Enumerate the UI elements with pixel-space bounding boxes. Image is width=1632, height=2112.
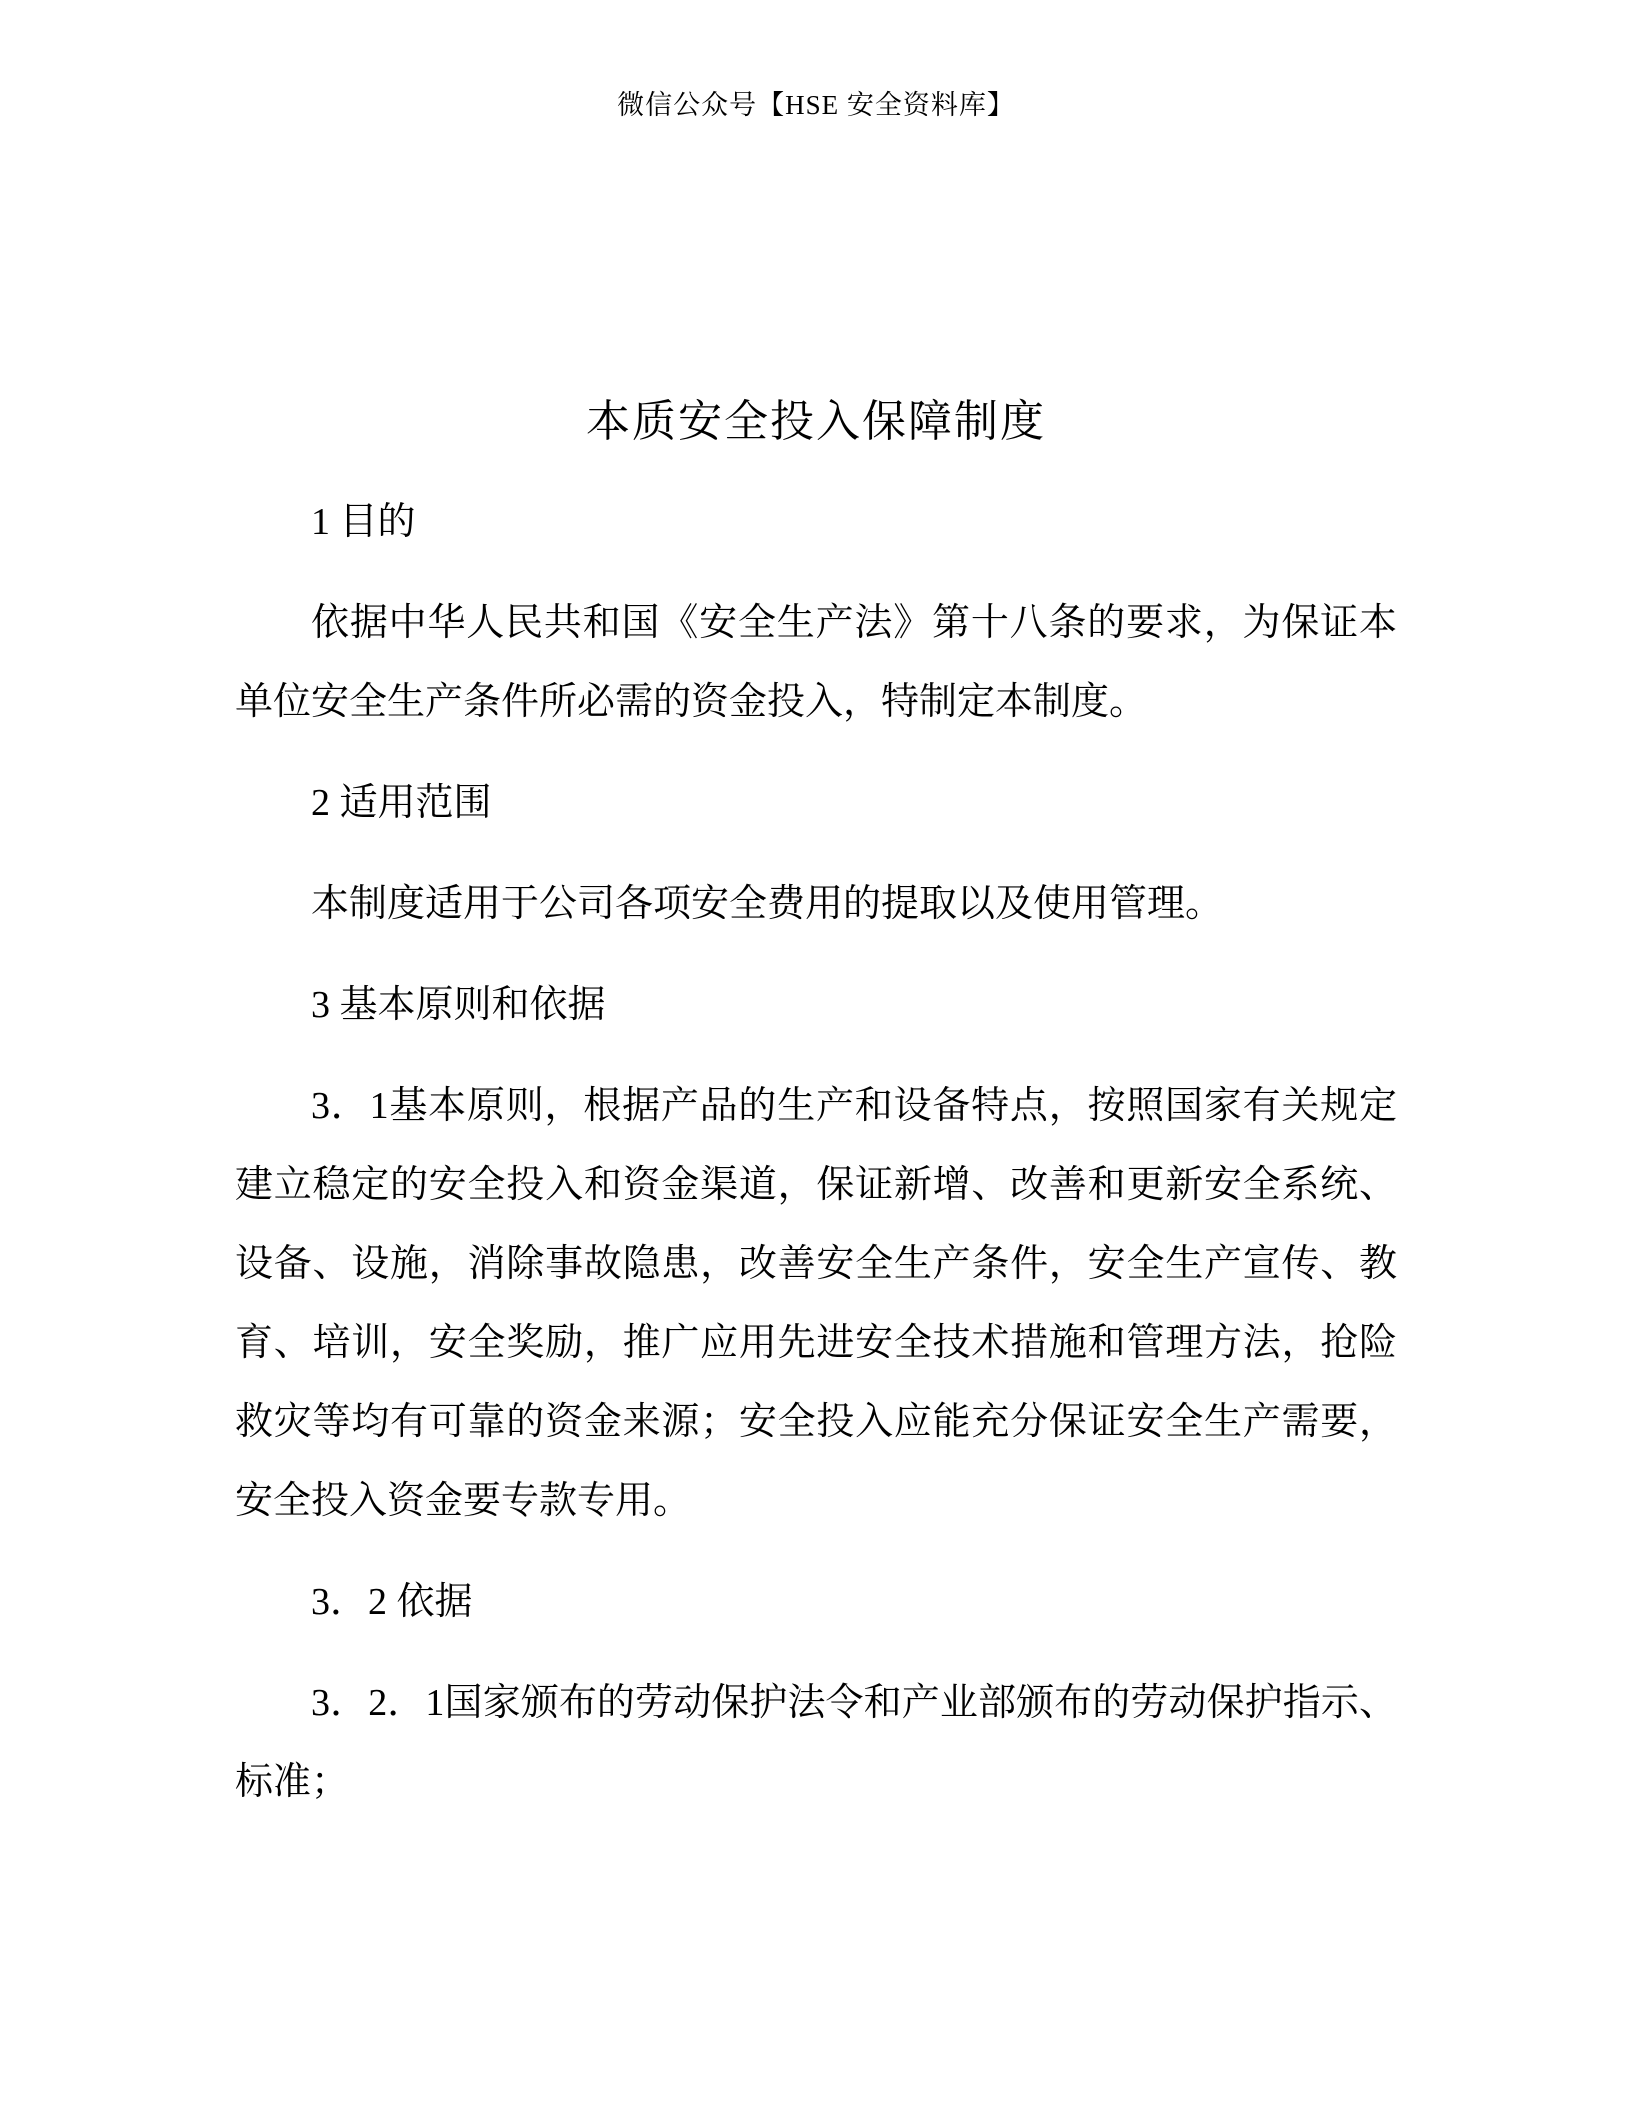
section-2-paragraph: 本制度适用于公司各项安全费用的提取以及使用管理。 [235, 865, 1397, 944]
document-title: 本质安全投入保障制度 [0, 382, 1632, 461]
document-page: 微信公众号【HSE 安全资料库】 本质安全投入保障制度 1 目的 依据中华人民共… [0, 0, 1632, 2112]
section-3-heading: 3 基本原则和依据 [235, 966, 1397, 1045]
section-3-1-paragraph: 3．1基本原则，根据产品的生产和设备特点，按照国家有关规定建立稳定的安全投入和资… [235, 1067, 1397, 1541]
section-1-paragraph: 依据中华人民共和国《安全生产法》第十八条的要求，为保证本单位安全生产条件所必需的… [235, 584, 1397, 742]
section-3-2-1-paragraph: 3．2．1国家颁布的劳动保护法令和产业部颁布的劳动保护指示、标准； [235, 1664, 1397, 1822]
section-1-heading: 1 目的 [235, 483, 1397, 562]
section-2-heading: 2 适用范围 [235, 764, 1397, 843]
document-body: 1 目的 依据中华人民共和国《安全生产法》第十八条的要求，为保证本单位安全生产条… [235, 483, 1397, 1822]
page-header-text: 微信公众号【HSE 安全资料库】 [0, 0, 1632, 122]
section-3-2-heading: 3．2 依据 [235, 1563, 1397, 1642]
